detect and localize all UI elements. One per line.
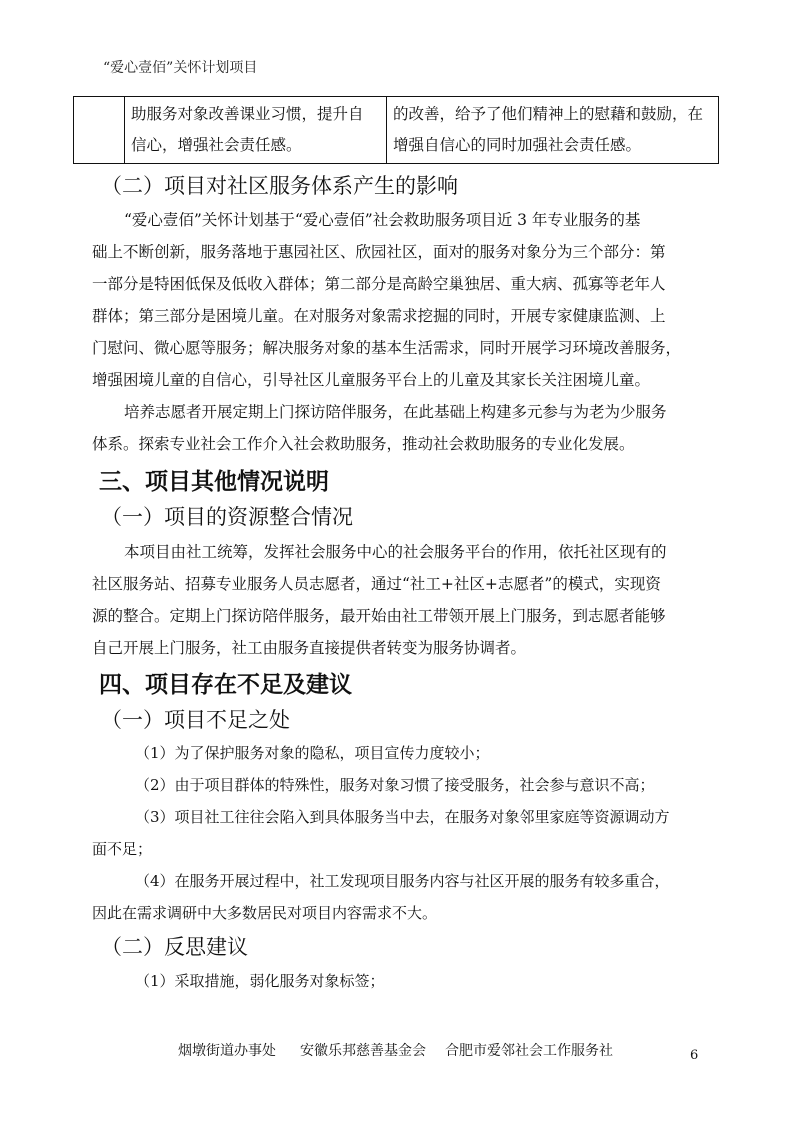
paragraph-line: 群体；第三部分是困境儿童。在对服务对象需求挖掘的同时，开展专家健康监测、上 [92,304,666,326]
cell-line: 助服务对象改善课业习惯，提升自 [131,99,380,130]
paragraph-line: 自己开展上门服务，社工由服务直接提供者转变为服务协调者。 [92,636,526,658]
section-heading: （一）项目的资源整合情况 [101,501,353,531]
chapter-heading: 三、项目其他情况说明 [99,463,329,496]
list-item: （2）由于项目群体的特殊性，服务对象习惯了接受服务，社会参与意识不高； [135,774,655,795]
section-heading: （二）项目对社区服务体系产生的影响 [101,170,458,200]
list-item: （1）采取措施，弱化服务对象标签； [135,970,385,991]
table-cell-empty [74,97,125,164]
list-item-continuation: 因此在需求调研中大多数居民对项目内容需求不大。 [92,902,437,923]
list-item-continuation: 面不足； [92,838,152,859]
paragraph-line: 社区服务站、招募专业服务人员志愿者，通过“社工+社区+志愿者”的模式，实现资 [92,572,661,594]
cell-line: 增强自信心的同时加强社会责任感。 [393,130,712,161]
paragraph-line: 础上不断创新，服务落地于惠园社区、欣园社区，面对的服务对象分为三个部分：第 [92,240,666,262]
chapter-heading: 四、项目存在不足及建议 [99,666,352,699]
section-heading: （二）反思建议 [101,931,248,961]
paragraph-line: “爱心壹佰”关怀计划基于“爱心壹佰”社会救助服务项目近 3 年专业服务的基 [124,208,640,230]
paragraph-line: 源的整合。定期上门探访陪伴服务，最开始由社工带领开展上门服务，到志愿者能够 [92,604,666,626]
paragraph-line: 本项目由社工统筹，发挥社会服务中心的社会服务平台的作用，依托社区现有的 [124,540,667,562]
list-item: （3）项目社工往往会陷入到具体服务当中去，在服务对象邻里家庭等资源调动方 [135,806,670,827]
table-cell: 助服务对象改善课业习惯，提升自 信心，增强社会责任感。 [125,97,387,164]
section-heading: （一）项目不足之处 [101,704,290,734]
continued-table: 助服务对象改善课业习惯，提升自 信心，增强社会责任感。 的改善，给予了他们精神上… [73,96,719,164]
table-row: 助服务对象改善课业习惯，提升自 信心，增强社会责任感。 的改善，给予了他们精神上… [74,97,719,164]
list-item: （1）为了保护服务对象的隐私，项目宣传力度较小； [135,742,490,763]
footer-org: 合肥市爱邻社会工作服务社 [445,1040,613,1060]
paragraph-line: 培养志愿者开展定期上门探访陪伴服务，在此基础上构建多元参与为老为少服务 [124,400,667,422]
list-item: （4）在服务开展过程中，社工发现项目服务内容与社区开展的服务有较多重合， [135,870,670,891]
running-header: “爱心壹佰”关怀计划项目 [103,57,257,77]
page-number: 6 [690,1048,698,1063]
table-cell: 的改善，给予了他们精神上的慰藉和鼓励，在 增强自信心的同时加强社会责任感。 [387,97,719,164]
cell-line: 信心，增强社会责任感。 [131,130,380,161]
footer-org: 安徽乐邦慈善基金会 [300,1040,426,1060]
cell-line: 的改善，给予了他们精神上的慰藉和鼓励，在 [393,99,712,130]
paragraph-line: 增强困境儿童的自信心，引导社区儿童服务平台上的儿童及其家长关注困境儿童。 [92,368,650,390]
paragraph-line: 门慰问、微心愿等服务；解决服务对象的基本生活需求，同时开展学习环境改善服务， [92,336,681,358]
paragraph-line: 一部分是特困低保及低收入群体；第二部分是高龄空巢独居、重大病、孤寡等老年人 [92,272,666,294]
paragraph-line: 体系。探索专业社会工作介入社会救助服务，推动社会救助服务的专业化发展。 [92,432,635,454]
footer-org: 烟墩街道办事处 [178,1040,276,1060]
